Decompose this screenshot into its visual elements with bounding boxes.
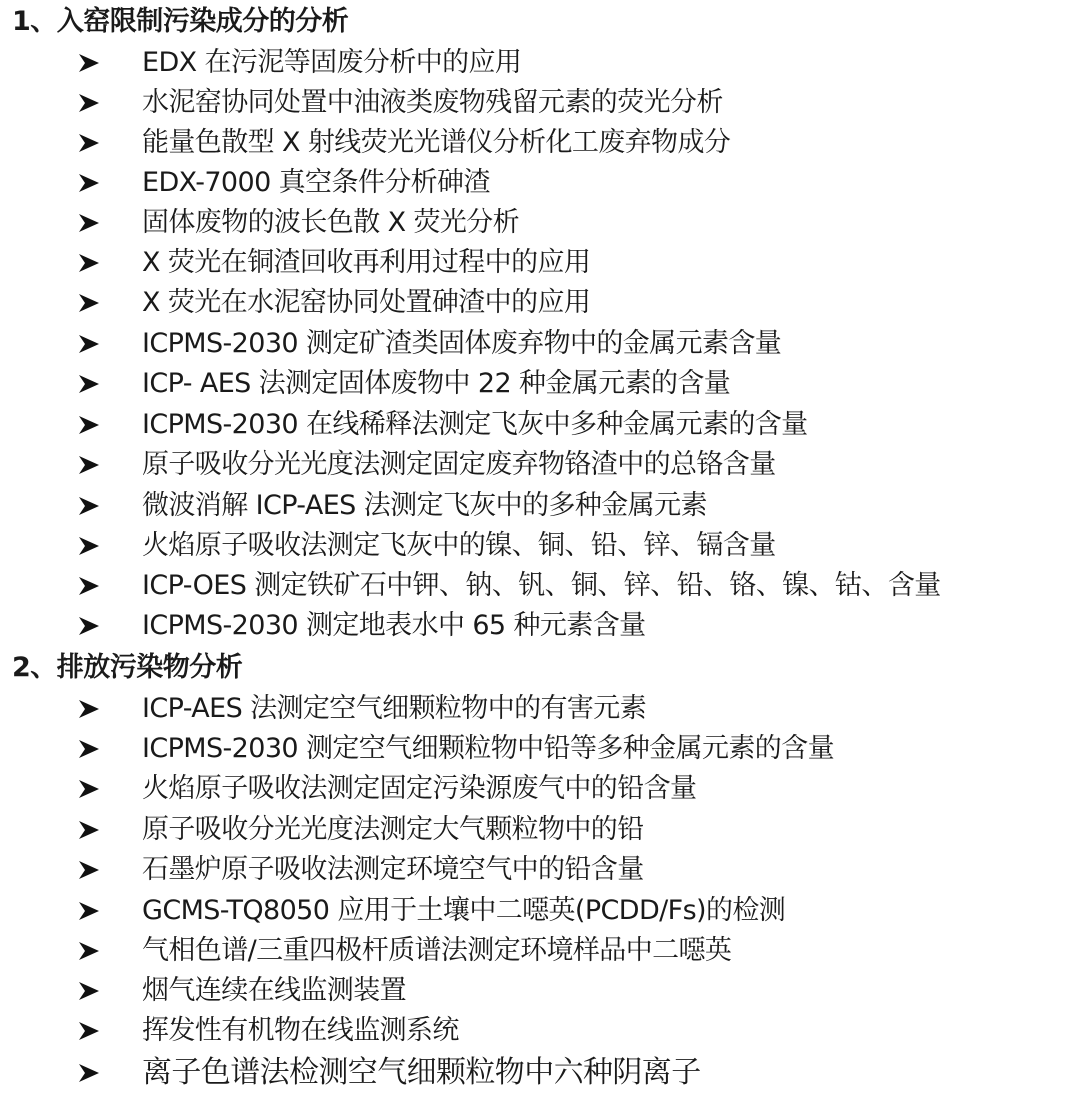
arrowhead-bullet-icon [78,495,100,517]
list-item: EDX-7000 真空条件分析砷渣 [78,163,490,203]
list-item: 微波消解 ICP-AES 法测定飞灰中的多种金属元素 [78,486,707,526]
section-heading: 1、入窑限制污染成分的分析 [12,2,348,42]
list-item: ICPMS-2030 在线稀释法测定飞灰中多种金属元素的含量 [78,405,808,445]
list-item-label: X 荧光在水泥窑协同处置砷渣中的应用 [142,283,590,323]
list-item: 原子吸收分光光度法测定大气颗粒物中的铅 [78,810,644,850]
list-item-label: ICPMS-2030 测定地表水中 65 种元素含量 [142,606,646,646]
list-item: EDX 在污泥等固废分析中的应用 [78,43,521,83]
list-item-label: 能量色散型 X 射线荧光光谱仪分析化工废弃物成分 [142,123,730,163]
list-item-label: ICPMS-2030 在线稀释法测定飞灰中多种金属元素的含量 [142,405,808,445]
arrowhead-bullet-icon [78,859,100,881]
list-item: X 荧光在铜渣回收再利用过程中的应用 [78,243,590,283]
list-item: X 荧光在水泥窑协同处置砷渣中的应用 [78,283,590,323]
list-item: ICPMS-2030 测定矿渣类固体废弃物中的金属元素含量 [78,324,781,364]
list-item-label: 气相色谱/三重四极杆质谱法测定环境样品中二噁英 [142,931,731,971]
arrowhead-bullet-icon [78,52,100,74]
list-item-label: 挥发性有机物在线监测系统 [142,1011,459,1051]
list-item-label: EDX 在污泥等固废分析中的应用 [142,43,521,83]
list-item: 离子色谱法检测空气细颗粒物中六种阴离子 [78,1053,701,1093]
list-item-label: X 荧光在铜渣回收再利用过程中的应用 [142,243,590,283]
list-item-label: 固体废物的波长色散 X 荧光分析 [142,203,519,243]
arrowhead-bullet-icon [78,373,100,395]
list-item-label: ICP- AES 法测定固体废物中 22 种金属元素的含量 [142,364,730,404]
list-item: 烟气连续在线监测装置 [78,971,406,1011]
arrowhead-bullet-icon [78,172,100,194]
list-item: ICP-OES 测定铁矿石中钾、钠、钒、铜、锌、铅、铬、镍、钴、含量 [78,566,941,606]
list-item: 原子吸收分光光度法测定固定废弃物铬渣中的总铬含量 [78,445,776,485]
list-item: 水泥窑协同处置中油液类废物残留元素的荧光分析 [78,83,723,123]
list-item: 固体废物的波长色散 X 荧光分析 [78,203,519,243]
list-item: ICPMS-2030 测定地表水中 65 种元素含量 [78,606,646,646]
arrowhead-bullet-icon [78,738,100,760]
list-item: GCMS-TQ8050 应用于土壤中二噁英(PCDD/Fs)的检测 [78,891,785,931]
arrowhead-bullet-icon [78,900,100,922]
list-item: 石墨炉原子吸收法测定环境空气中的铅含量 [78,850,644,890]
arrowhead-bullet-icon [78,980,100,1002]
list-item-label: ICP-AES 法测定空气细颗粒物中的有害元素 [142,689,646,729]
list-item: 火焰原子吸收法测定固定污染源废气中的铅含量 [78,769,696,809]
list-item-label: 离子色谱法检测空气细颗粒物中六种阴离子 [142,1053,701,1093]
section-heading: 2、排放污染物分析 [12,648,242,688]
arrowhead-bullet-icon [78,615,100,637]
list-item: 气相色谱/三重四极杆质谱法测定环境样品中二噁英 [78,931,731,971]
list-item: ICPMS-2030 测定空气细颗粒物中铅等多种金属元素的含量 [78,729,834,769]
arrowhead-bullet-icon [78,454,100,476]
arrowhead-bullet-icon [78,575,100,597]
list-item-label: ICPMS-2030 测定矿渣类固体废弃物中的金属元素含量 [142,324,781,364]
arrowhead-bullet-icon [78,414,100,436]
list-item-label: 原子吸收分光光度法测定固定废弃物铬渣中的总铬含量 [142,445,776,485]
list-item-label: ICPMS-2030 测定空气细颗粒物中铅等多种金属元素的含量 [142,729,834,769]
list-item-label: 石墨炉原子吸收法测定环境空气中的铅含量 [142,850,644,890]
arrowhead-bullet-icon [78,292,100,314]
list-item-label: 火焰原子吸收法测定飞灰中的镍、铜、铅、锌、镉含量 [142,526,776,566]
list-item: 火焰原子吸收法测定飞灰中的镍、铜、铅、锌、镉含量 [78,526,776,566]
list-item-label: 烟气连续在线监测装置 [142,971,406,1011]
list-item-label: ICP-OES 测定铁矿石中钾、钠、钒、铜、锌、铅、铬、镍、钴、含量 [142,566,941,606]
arrowhead-bullet-icon [78,819,100,841]
list-item: ICP- AES 法测定固体废物中 22 种金属元素的含量 [78,364,730,404]
arrowhead-bullet-icon [78,535,100,557]
arrowhead-bullet-icon [78,132,100,154]
list-item: 挥发性有机物在线监测系统 [78,1011,459,1051]
list-item: ICP-AES 法测定空气细颗粒物中的有害元素 [78,689,646,729]
list-item-label: 原子吸收分光光度法测定大气颗粒物中的铅 [142,810,644,850]
arrowhead-bullet-icon [78,778,100,800]
list-item-label: EDX-7000 真空条件分析砷渣 [142,163,490,203]
arrowhead-bullet-icon [78,212,100,234]
arrowhead-bullet-icon [78,252,100,274]
list-item-label: 水泥窑协同处置中油液类废物残留元素的荧光分析 [142,83,723,123]
arrowhead-bullet-icon [78,92,100,114]
arrowhead-bullet-icon [78,1062,100,1084]
arrowhead-bullet-icon [78,698,100,720]
arrowhead-bullet-icon [78,333,100,355]
list-item: 能量色散型 X 射线荧光光谱仪分析化工废弃物成分 [78,123,730,163]
list-item-label: GCMS-TQ8050 应用于土壤中二噁英(PCDD/Fs)的检测 [142,891,785,931]
list-item-label: 火焰原子吸收法测定固定污染源废气中的铅含量 [142,769,696,809]
arrowhead-bullet-icon [78,1020,100,1042]
list-item-label: 微波消解 ICP-AES 法测定飞灰中的多种金属元素 [142,486,707,526]
arrowhead-bullet-icon [78,940,100,962]
